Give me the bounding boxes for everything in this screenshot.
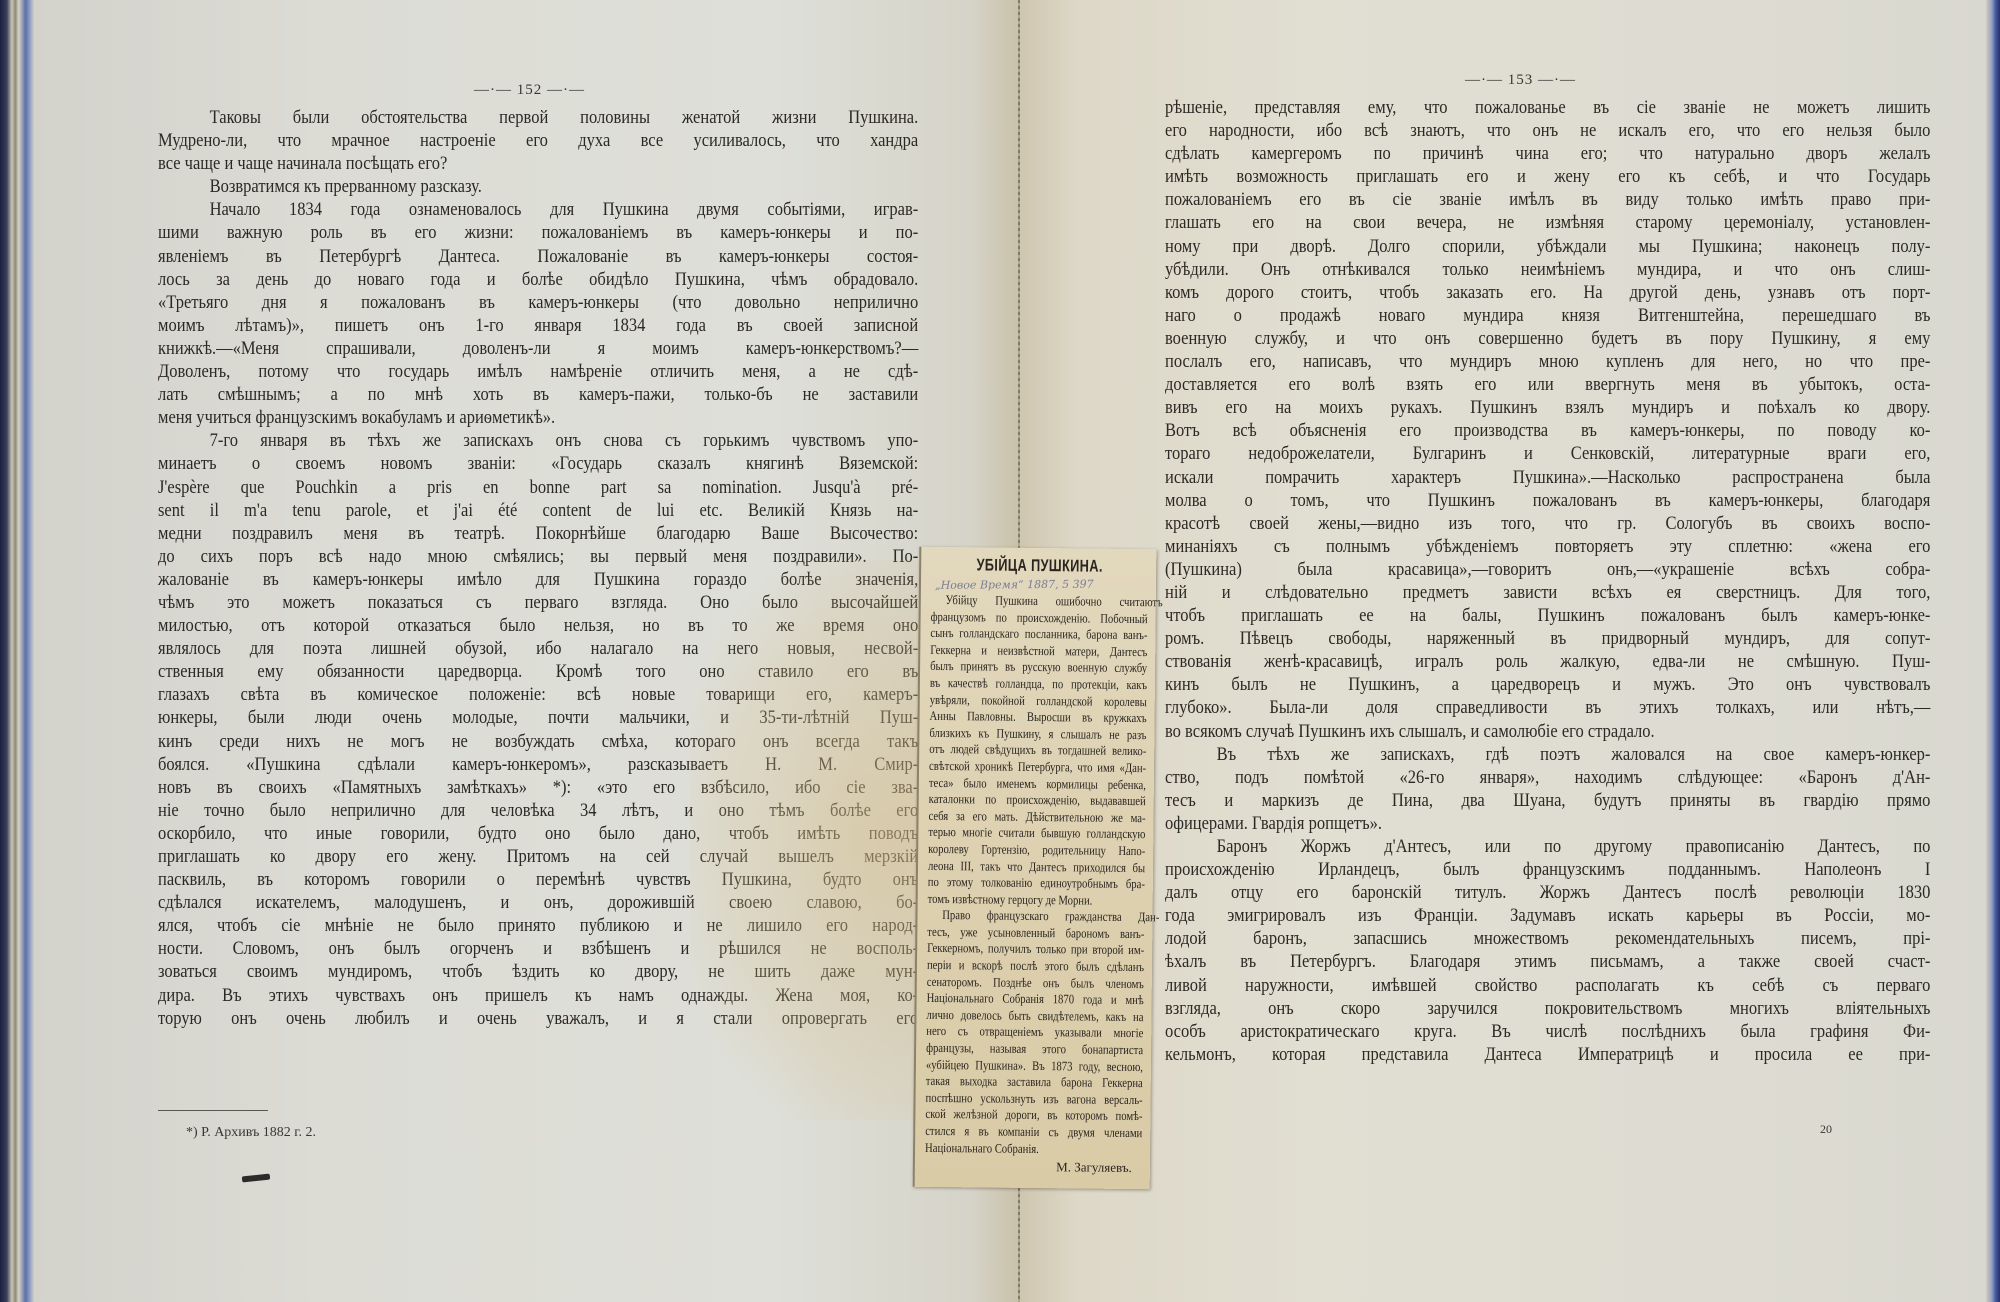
text-line: красотѣ своей жены,—видно изъ того, что …: [1165, 512, 1930, 535]
ink-mark: [242, 1174, 270, 1183]
text-line: моимъ лѣтамъ)», пишетъ онъ 1-го января 1…: [158, 314, 918, 337]
text-line: кинъ былъ не Пушкинъ, а царедворецъ и му…: [1165, 673, 1930, 696]
text-line: кинъ среди нихъ не могъ не возбуждать см…: [158, 730, 918, 753]
right-page-text: рѣшеніе, представляя ему, что пожаловань…: [1165, 96, 1930, 1066]
text-line: послалъ его, написавъ, что мундиръ мною …: [1165, 350, 1930, 373]
text-line: Возвратимся къ прерванному разсказу.: [158, 175, 918, 198]
text-line: дира. Въ этихъ чувствахъ онъ пришелъ къ …: [158, 984, 918, 1007]
text-line: sent il m'a tenu parole, et j'ai été con…: [158, 499, 918, 522]
book-edge-right: [1986, 0, 2000, 1302]
text-line: ственныя ему обязанности царедворца. Кро…: [158, 660, 918, 683]
text-line: ній и слѣдовательно предметъ зависти всѣ…: [1165, 581, 1930, 604]
left-page-text: Таковы были обстоятельства первой полови…: [158, 106, 918, 1030]
text-line: доставляется его волѣ взять его или ввер…: [1165, 373, 1930, 396]
signature-mark: 20: [1820, 1122, 1832, 1137]
text-line: убѣдили. Онъ отнѣкивался только неимѣніе…: [1165, 258, 1930, 281]
footnote: *) Р. Архивъ 1882 г. 2.: [186, 1125, 316, 1141]
text-line: тораго недоброжелатели, Булгаринъ и Сенк…: [1165, 442, 1930, 465]
text-line: минаетъ о своемъ новомъ званіи: «Государ…: [158, 452, 918, 475]
text-line: меня учиться французскимъ вокабуламъ и а…: [158, 406, 918, 429]
text-line: явленіемъ въ Петербургѣ Дантеса. Пожалов…: [158, 245, 918, 268]
text-line: лось за день до новаго года и болѣе обид…: [158, 268, 918, 291]
text-line: Доволенъ, потому что государь имѣлъ намѣ…: [158, 360, 918, 383]
footnote-rule: [158, 1110, 268, 1111]
clipping-author: М. Загуляевъ.: [925, 1158, 1142, 1176]
text-line: 7-го января въ тѣхъ же запискахъ онъ сно…: [158, 429, 918, 452]
text-line: пожалованіемъ его въ сіе званіе имѣлъ въ…: [1165, 188, 1930, 211]
text-line: ности. Словомъ, онъ былъ огорченъ и взбѣ…: [158, 937, 918, 960]
text-line: оскорбило, что иные говорили, будто оно …: [158, 822, 918, 845]
text-line: милостью, отъ которой отказаться было не…: [158, 614, 918, 637]
text-line: искали помрачить характеръ Пушкина».—Нас…: [1165, 466, 1930, 489]
text-line: имѣть возможность приглашать его и жену …: [1165, 165, 1930, 188]
text-line: наго о продажѣ новаго мундира князя Витг…: [1165, 304, 1930, 327]
text-line: новъ въ своихъ «Памятныхъ замѣткахъ» *):…: [158, 776, 918, 799]
text-line: Вотъ всѣ объясненія его производства въ …: [1165, 419, 1930, 442]
text-line: сдѣлать камергеромъ по причинѣ чина его;…: [1165, 142, 1930, 165]
text-line: торую онъ очень любилъ и очень уважалъ, …: [158, 1007, 918, 1030]
text-line: глубоко». Была-ли доля справедливости въ…: [1165, 696, 1930, 719]
text-line: глашать его на свои вечера, не измѣняя с…: [1165, 211, 1930, 234]
text-line: приглашать ко двору его жену. Притомъ на…: [158, 845, 918, 868]
text-line: являлось для поэта лишней обузой, ибо на…: [158, 637, 918, 660]
text-line: далъ отцу его баронскій титулъ. Жоржъ Да…: [1165, 881, 1930, 904]
text-line: все чаще и чаще начинала посѣщать его?: [158, 152, 918, 175]
newspaper-clipping: УБІЙЦА ПУШКИНА. „Новое Время“ 1887, 5 39…: [913, 547, 1157, 1189]
text-line: Таковы были обстоятельства первой полови…: [158, 106, 918, 129]
text-line: года эмигрировалъ изъ Франціи. Задумавъ …: [1165, 904, 1930, 927]
text-line: ство, подъ помѣтой «26-го января», наход…: [1165, 766, 1930, 789]
text-line: ніе точно было неприлично для человѣка 3…: [158, 799, 918, 822]
right-page: —·— 153 —·— рѣшеніе, представляя ему, чт…: [1020, 0, 1986, 1302]
text-line: особъ аристократическаго круга. Въ числѣ…: [1165, 1020, 1930, 1043]
text-line: J'espère que Pouchkin a pris en bonne pa…: [158, 476, 918, 499]
left-page: —·— 152 —·— Таковы были обстоятельства п…: [34, 0, 1020, 1302]
text-line: комъ дорого стоитъ, чтобъ заказать его. …: [1165, 281, 1930, 304]
text-line: ному при дворѣ. Долго спорили, убѣждали …: [1165, 235, 1930, 258]
text-line: его народности, ибо всѣ знаютъ, что онъ …: [1165, 119, 1930, 142]
text-line: молва о томъ, что Пушкинъ пожалованъ въ …: [1165, 489, 1930, 512]
text-line: сдѣлался искателемъ, малодушенъ, и онъ, …: [158, 891, 918, 914]
text-line: вивъ его на моихъ рукахъ. Пушкинъ взялъ …: [1165, 396, 1930, 419]
clipping-body: Убійцу Пушкина ошибочно считаютъфранцузо…: [925, 592, 1148, 1158]
text-line: лодой баронъ, запасшись множествомъ реко…: [1165, 927, 1930, 950]
text-line: Національнаго Собранія.: [925, 1139, 1142, 1158]
text-line: чѣмъ это можетъ показаться съ перваго вз…: [158, 591, 918, 614]
text-line: шими важную роль въ его жизни: пожалован…: [158, 221, 918, 244]
text-line: ромъ. Пѣвецъ свободы, наряженный въ прид…: [1165, 627, 1930, 650]
text-line: происхожденію Ирландецъ, былъ французски…: [1165, 858, 1930, 881]
text-line: ѣхалъ въ Петербургъ. Благодаря этимъ пис…: [1165, 950, 1930, 973]
text-line: глазахъ свѣта въ комическое положеніе: в…: [158, 683, 918, 706]
page-number-right: —·— 153 —·—: [1465, 72, 1576, 89]
text-line: «Третьяго дня я пожалованъ въ камеръ-юнк…: [158, 291, 918, 314]
text-line: боялся. «Пушкина сдѣлали камеръ-юнкеромъ…: [158, 753, 918, 776]
text-line: ливой наружности, имѣвшей свойство распо…: [1165, 974, 1930, 997]
book-edge-left: [0, 0, 34, 1302]
clipping-handwritten-note: „Новое Время“ 1887, 5 397: [935, 577, 1148, 591]
text-line: тесъ и маркизъ де Пина, два Шуана, будут…: [1165, 789, 1930, 812]
page-number-left: —·— 152 —·—: [474, 82, 585, 99]
text-line: военную службу, и что онъ совершенно буд…: [1165, 327, 1930, 350]
text-line: юнкеры, были люди очень молодые, почти м…: [158, 706, 918, 729]
text-line: офицерами. Гвардія ропщетъ».: [1165, 812, 1930, 835]
text-line: Начало 1834 года ознаменовалось для Пушк…: [158, 198, 918, 221]
text-line: книжкѣ.—«Меня спрашивали, доволенъ-ли я …: [158, 337, 918, 360]
text-line: ялся, чтобъ сіе мнѣніе не было принято п…: [158, 914, 918, 937]
text-line: кельмонъ, которая представила Дантеса Им…: [1165, 1043, 1930, 1066]
text-line: пасквиль, въ которомъ говорили о перемѣн…: [158, 868, 918, 891]
text-line: (Пушкина) была красавица»,—говоритъ онъ,…: [1165, 558, 1930, 581]
text-line: взгляда, онъ скоро заручился покровитель…: [1165, 997, 1930, 1020]
text-line: медни поздравилъ меня въ театрѣ. Покорнѣ…: [158, 522, 918, 545]
text-line: зоваться своимъ мундиромъ, чтобъ ѣздить …: [158, 960, 918, 983]
text-line: Мудрено-ли, что мрачное настроеніе его д…: [158, 129, 918, 152]
text-line: во всякомъ случаѣ Пушкинъ ихъ слышалъ, и…: [1165, 720, 1930, 743]
text-line: лать смѣшнымъ; а по мнѣ хоть въ камеръ-п…: [158, 383, 918, 406]
text-line: рѣшеніе, представляя ему, что пожаловань…: [1165, 96, 1930, 119]
text-line: минаніяхъ съ полнымъ убѣжденіемъ повторя…: [1165, 535, 1930, 558]
text-line: до сихъ поръ всѣ надо мною смѣялись; вы …: [158, 545, 918, 568]
text-line: ствованія женѣ-красавицѣ, игралъ роль жа…: [1165, 650, 1930, 673]
text-line: чтобъ приглашать ее на балы, Пушкинъ пож…: [1165, 604, 1930, 627]
clipping-title: УБІЙЦА ПУШКИНА.: [958, 555, 1121, 577]
text-line: жалованіе въ камеръ-юнкеры имѣло для Пуш…: [158, 568, 918, 591]
text-line: Въ тѣхъ же запискахъ, гдѣ поэтъ жаловалс…: [1165, 743, 1930, 766]
text-line: Баронъ Жоржъ д'Антесъ, или по другому пр…: [1165, 835, 1930, 858]
